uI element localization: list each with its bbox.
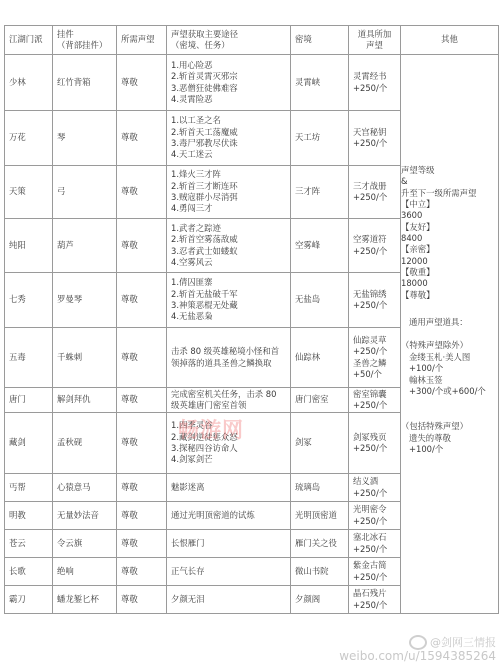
item1-name: 金缕玉札·美人图: [401, 352, 498, 363]
item-line: 仙踪灵草: [353, 335, 396, 346]
route-line: 4.灵霄险恶: [171, 94, 286, 105]
item-line: 结义酒: [353, 476, 396, 487]
cell-dungeon: 夕颜阁: [291, 586, 349, 614]
cell-other-notes: 声望等级&升至下一级所需声望【中立】3600【友好】8400【亲密】12000【…: [401, 55, 499, 614]
item-line: 三才战册: [353, 181, 396, 192]
cell-dungeon: 雁门关之役: [291, 530, 349, 558]
cell-pendant: 无量妙法音: [53, 502, 117, 530]
route-line: 4.空雾风云: [171, 257, 286, 268]
weibo-handle: @剑网三情报: [430, 636, 496, 649]
cell-rep-required: 尊敬: [117, 219, 167, 273]
cell-item-rep: 天宫秘钥+250/个: [349, 111, 401, 166]
item-line: +250/个: [353, 400, 396, 411]
item-line: 光明密令: [353, 504, 396, 515]
weibo-watermark: @剑网三情报 weibo.com/u/1594385264: [339, 635, 496, 663]
cell-rep-required: 尊敬: [117, 474, 167, 502]
cell-rep-required: 尊敬: [117, 55, 167, 111]
route-line: 正气长存: [171, 566, 286, 577]
cell-sect: 五毒: [5, 328, 53, 388]
cell-sect: 唐门: [5, 388, 53, 413]
cell-item-rep: 密室锦囊+250/个: [349, 388, 401, 413]
cell-rep-required: 尊敬: [117, 502, 167, 530]
levels-title: 声望等级: [401, 165, 498, 176]
level-name: 【友好】: [401, 222, 498, 233]
route-line: 完成密室机关任务，击杀 80: [171, 389, 286, 400]
item3-value: +100/个: [401, 444, 498, 455]
item-line: +250/个: [353, 572, 396, 583]
item-line: +250/个: [353, 83, 396, 94]
cell-dungeon: 琉璃岛: [291, 474, 349, 502]
cell-route: 魅影迷离: [167, 474, 291, 502]
route-line: 长恨雁门: [171, 538, 286, 549]
exclusion-note: （特殊声望除外）: [401, 340, 498, 351]
item-line: 密室锦囊: [353, 389, 396, 400]
item2-name: 翰林玉签: [401, 375, 498, 386]
route-line: 3.贼寇群小尽消弭: [171, 192, 286, 203]
cell-item-rep: 无盐锦绣+250/个: [349, 273, 401, 328]
cell-pendant: 绝响: [53, 558, 117, 586]
cell-dungeon: 空雾峰: [291, 219, 349, 273]
item-line: +250/个: [353, 192, 396, 203]
route-line: 3.忍者武士如蝼蚁: [171, 246, 286, 257]
cell-dungeon: 仙踪林: [291, 328, 349, 388]
cell-item-rep: 三才战册+250/个: [349, 166, 401, 219]
route-line: 4.无盐恶枭: [171, 311, 286, 322]
item2-value: +300/个或+600/个: [401, 386, 498, 397]
header-route: 声望获取主要途径 （密境、任务）: [167, 26, 291, 55]
item3-name: 遗失的尊敬: [401, 433, 498, 444]
general-items-title: 通用声望道具：: [401, 317, 498, 328]
cell-route: 完成密室机关任务，击杀 80级英雄唐门密室首领: [167, 388, 291, 413]
cell-rep-required: 尊敬: [117, 273, 167, 328]
item-line: +250/个: [353, 443, 396, 454]
cell-sect: 天策: [5, 166, 53, 219]
cell-pendant: 蟠龙錾匕杯: [53, 586, 117, 614]
route-line: 通过光明顶密道的试炼: [171, 510, 286, 521]
header-sect: 江湖门派: [5, 26, 53, 55]
cell-pendant: 罗曼琴: [53, 273, 117, 328]
item-line: +250/个: [353, 600, 396, 611]
route-line: 1.武者之踪迹: [171, 223, 286, 234]
level-value: 3600: [401, 210, 498, 221]
item1-value: +100/个: [401, 363, 498, 374]
route-line: 2.斩首天工荡魔威: [171, 127, 286, 138]
route-line: 1.以工圣之名: [171, 115, 286, 126]
levels-subtitle: 升至下一级所需声望: [401, 188, 498, 199]
cell-route: 击杀 80 级英雄秘境小怪和首领掉落的道具圣兽之鳞换取: [167, 328, 291, 388]
route-line: 4.天工迷云: [171, 149, 286, 160]
weibo-url: weibo.com/u/1594385264: [339, 650, 496, 663]
cell-item-rep: 剑冢残页+250/个: [349, 413, 401, 474]
cell-route: 夕颜无泪: [167, 586, 291, 614]
cell-item-rep: 塞北冰石+250/个: [349, 530, 401, 558]
cell-route: 1.倩囚匪寨2.斩首无盐破千军3.神策恶棍无处藏4.无盐恶枭: [167, 273, 291, 328]
item-line: 无盐锦绣: [353, 289, 396, 300]
cell-item-rep: 紫金古简+250/个: [349, 558, 401, 586]
cell-pendant: 千蛛刺: [53, 328, 117, 388]
item-line: +250/个: [353, 300, 396, 311]
header-item-rep: 道具所加 声望: [349, 26, 401, 55]
level-value: 18000: [401, 278, 498, 289]
cell-sect: 霸刀: [5, 586, 53, 614]
cell-rep-required: 尊敬: [117, 388, 167, 413]
route-line: 夕颜无泪: [171, 594, 286, 605]
item-line: 剑冢残页: [353, 432, 396, 443]
route-line: 1.四季灵谷: [171, 420, 286, 431]
cell-sect: 藏剑: [5, 413, 53, 474]
header-other: 其他: [401, 26, 499, 55]
route-line: 3.探秘四谷访命人: [171, 443, 286, 454]
item-line: +250/个: [353, 246, 396, 257]
item-line: +250/个: [353, 516, 396, 527]
cell-item-rep: 晶石残片+250/个: [349, 586, 401, 614]
cell-route: 1.武者之踪迹2.斩首空雾荡敌威3.忍者武士如蝼蚁4.空雾风云: [167, 219, 291, 273]
item-line: 圣兽之鳞: [353, 358, 396, 369]
cell-sect: 万花: [5, 111, 53, 166]
route-line: 魅影迷离: [171, 482, 286, 493]
cell-pendant: 红竹背箱: [53, 55, 117, 111]
route-line: 2.斩首空雾荡敌威: [171, 234, 286, 245]
cell-dungeon: 无盐岛: [291, 273, 349, 328]
cell-dungeon: 光明顶密道: [291, 502, 349, 530]
cell-dungeon: 唐门密室: [291, 388, 349, 413]
cell-pendant: 葫芦: [53, 219, 117, 273]
table-row: 少林红竹背箱尊敬1.用心险恶2.斩首灵霄灭邪宗3.恶僧狂徒佛难容4.灵霄险恶灵霄…: [5, 55, 499, 111]
route-line: 1.用心险恶: [171, 60, 286, 71]
route-line: 3.毒尸邪教尽伏诛: [171, 138, 286, 149]
cell-rep-required: 尊敬: [117, 413, 167, 474]
cell-dungeon: 灵霄峡: [291, 55, 349, 111]
cell-rep-required: 尊敬: [117, 586, 167, 614]
item-line: +250/个: [353, 544, 396, 555]
level-value: 12000: [401, 256, 498, 267]
item-line: 晶石残片: [353, 588, 396, 599]
header-row: 江湖门派 挂件 （背部挂件） 所需声望 声望获取主要途径 （密境、任务） 密境 …: [5, 26, 499, 55]
cell-dungeon: 天工坊: [291, 111, 349, 166]
cell-pendant: 心猿意马: [53, 474, 117, 502]
level-name: 【敬重】: [401, 267, 498, 278]
cell-rep-required: 尊敬: [117, 558, 167, 586]
cell-pendant: 弓: [53, 166, 117, 219]
cell-dungeon: 微山书院: [291, 558, 349, 586]
item-line: +50/个: [353, 369, 396, 380]
cell-route: 1.烽火三才阵2.斩首三才断连环3.贼寇群小尽消弭4.勇闯三才: [167, 166, 291, 219]
item-line: 紫金古简: [353, 560, 396, 571]
reputation-table: 江湖门派 挂件 （背部挂件） 所需声望 声望获取主要途径 （密境、任务） 密境 …: [4, 25, 499, 614]
route-line: 1.倩囚匪寨: [171, 277, 286, 288]
cell-rep-required: 尊敬: [117, 111, 167, 166]
level-name: 【尊敬】: [401, 290, 498, 301]
cell-route: 1.用心险恶2.斩首灵霄灭邪宗3.恶僧狂徒佛难容4.灵霄险恶: [167, 55, 291, 111]
cell-item-rep: 空雾道符+250/个: [349, 219, 401, 273]
cell-pendant: 琴: [53, 111, 117, 166]
cell-sect: 少林: [5, 55, 53, 111]
item-line: 空雾道符: [353, 234, 396, 245]
route-line: 4.剑冢剑芒: [171, 454, 286, 465]
route-line: 级英雄唐门密室首领: [171, 400, 286, 411]
cell-item-rep: 结义酒+250/个: [349, 474, 401, 502]
cell-rep-required: 尊敬: [117, 166, 167, 219]
cell-route: 正气长存: [167, 558, 291, 586]
cell-dungeon: 三才阵: [291, 166, 349, 219]
inclusion-note: （包括特殊声望）: [401, 421, 498, 432]
cell-pendant: 令云旗: [53, 530, 117, 558]
cell-rep-required: 尊敬: [117, 530, 167, 558]
cell-dungeon: 剑冢: [291, 413, 349, 474]
cell-sect: 七秀: [5, 273, 53, 328]
route-line: 2.斩首三才断连环: [171, 181, 286, 192]
level-name: 【亲密】: [401, 244, 498, 255]
route-line: 3.神策恶棍无处藏: [171, 300, 286, 311]
cell-route: 1.四季灵谷2.藏剑逆徒惩众怒3.探秘四谷访命人4.剑冢剑芒: [167, 413, 291, 474]
cell-pendant: 孟秋砚: [53, 413, 117, 474]
cell-route: 通过光明顶密道的试炼: [167, 502, 291, 530]
item-line: 灵霄经书: [353, 71, 396, 82]
cell-sect: 纯阳: [5, 219, 53, 273]
level-name: 【中立】: [401, 199, 498, 210]
cell-item-rep: 光明密令+250/个: [349, 502, 401, 530]
header-rep-required: 所需声望: [117, 26, 167, 55]
levels-amp: &: [401, 176, 498, 187]
header-pendant: 挂件 （背部挂件）: [53, 26, 117, 55]
route-line: 2.藏剑逆徒惩众怒: [171, 432, 286, 443]
item-line: +250/个: [353, 138, 396, 149]
route-line: 领掉落的道具圣兽之鳞换取: [171, 358, 286, 369]
cell-route: 1.以工圣之名2.斩首天工荡魔威3.毒尸邪教尽伏诛4.天工迷云: [167, 111, 291, 166]
cell-route: 长恨雁门: [167, 530, 291, 558]
route-line: 2.斩首无盐破千军: [171, 289, 286, 300]
item-line: 塞北冰石: [353, 532, 396, 543]
cell-pendant: 解剑拜仇: [53, 388, 117, 413]
weibo-logo-icon: [409, 635, 427, 650]
item-line: +250/个: [353, 488, 396, 499]
route-line: 3.恶僧狂徒佛难容: [171, 83, 286, 94]
header-dungeon: 密境: [291, 26, 349, 55]
cell-sect: 丐帮: [5, 474, 53, 502]
cell-item-rep: 仙踪灵草+250/个圣兽之鳞+50/个: [349, 328, 401, 388]
cell-sect: 长歌: [5, 558, 53, 586]
item-line: +250/个: [353, 346, 396, 357]
cell-sect: 明教: [5, 502, 53, 530]
route-line: 4.勇闯三才: [171, 203, 286, 214]
level-value: 8400: [401, 233, 498, 244]
route-line: 击杀 80 级英雄秘境小怪和首: [171, 346, 286, 357]
cell-item-rep: 灵霄经书+250/个: [349, 55, 401, 111]
item-line: 天宫秘钥: [353, 127, 396, 138]
cell-rep-required: 尊敬: [117, 328, 167, 388]
cell-sect: 苍云: [5, 530, 53, 558]
route-line: 1.烽火三才阵: [171, 169, 286, 180]
route-line: 2.斩首灵霄灭邪宗: [171, 71, 286, 82]
